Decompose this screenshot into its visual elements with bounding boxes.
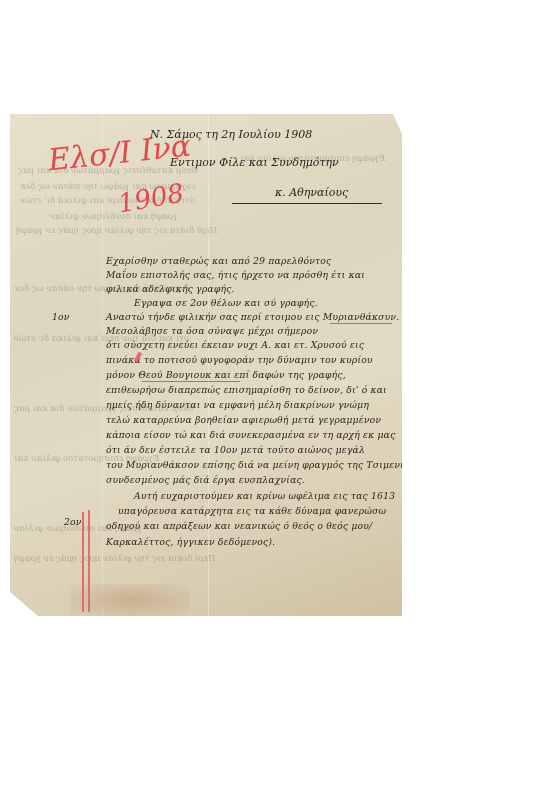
header-rule <box>232 203 382 204</box>
letter-date-line: Ν. Σάμος τη 2η Ιουλίου 1908 <box>150 128 312 141</box>
body-line: μόνον Θεού Βουγιουκ και επί δαφών της γρ… <box>106 370 346 381</box>
bleed-through-text: Περί διάτα εις την φιλίαν προς ημάς εν γ… <box>16 226 217 236</box>
body-line: Μεσολάβησε τα όσα σύναψε μέχρι σήμερον <box>106 326 318 337</box>
letter-recipient: κ. Αθηναίους <box>275 186 348 199</box>
body-line: Αυτή ευχαριστούμεν και κρίνω ωφέλιμα εις… <box>134 491 395 502</box>
body-line: φιλικά αδελφικής γραφής. <box>106 284 235 295</box>
bleed-through-text: Περί διάτα εις την φιλίαν προς ημάς εν γ… <box>14 554 215 564</box>
red-underline <box>142 381 240 382</box>
body-line: υπαγόρευσα κατάρχητα εις τα κάθε δύναμα … <box>118 506 386 517</box>
body-line: ότι σύσχετη ενεύει έκειαν νυχι Α. και ετ… <box>106 340 364 351</box>
margin-note: 1ον <box>52 312 70 323</box>
body-line: Μαΐου επιστολής σας, ήτις ήρχετο να πρόσ… <box>106 270 365 281</box>
body-line: πινάκα το ποτισού φυγοφοράν την δύναμιν … <box>106 355 373 366</box>
body-line: επιθεωρήσω διαπρεπώς επισημαρίσθη το δεί… <box>106 385 387 396</box>
body-line: Εγραψα σε 2ον θέλων και σύ γραφής. <box>134 298 318 309</box>
body-line: Εχαρίσθην σταθερώς και από 29 παρελθόντο… <box>106 256 331 267</box>
body-line: ότι άν δεν έστειλε τα 10ον μετά τούτο αι… <box>106 445 365 456</box>
body-line: οδηγού και απράξεων και νεανικώς ό θεός … <box>106 521 372 532</box>
red-underline <box>330 323 392 324</box>
body-line: ημείς ήδη δύνανται να εμφανή μέλη διακρί… <box>106 400 369 411</box>
margin-note: 2ον <box>64 517 82 528</box>
letter-salutation: Εντιμον Φίλε και Συνδημότην <box>170 156 339 169</box>
body-line: Καρκαλέττος, ήγγικεν δεδόμενος). <box>106 537 275 548</box>
red-margin-mark <box>82 512 84 612</box>
bleed-through-text: γραφή και συνδέσμων φιλίαν <box>50 212 178 222</box>
body-line: του Μυριανθάκσον επίσης διά να μείνη φρα… <box>106 460 421 471</box>
body-line: Αναστώ τήνδε φιλικήν σας περί ετοιμου ει… <box>106 312 399 323</box>
document-page: Εγράφη επισημοτάτου φιλίαν και Θεόμ κατα… <box>10 114 402 616</box>
red-margin-mark <box>88 510 90 612</box>
body-line: τελώ καταρρεύνα βοηθείαν αφιερωθή μετά γ… <box>106 415 381 426</box>
body-line: συνδεσμένος μάς διά έργα ευσπλαχνίας. <box>106 475 305 486</box>
body-line: κάποια είσον τώ και διά συνεκερασμένα εν… <box>106 430 395 441</box>
